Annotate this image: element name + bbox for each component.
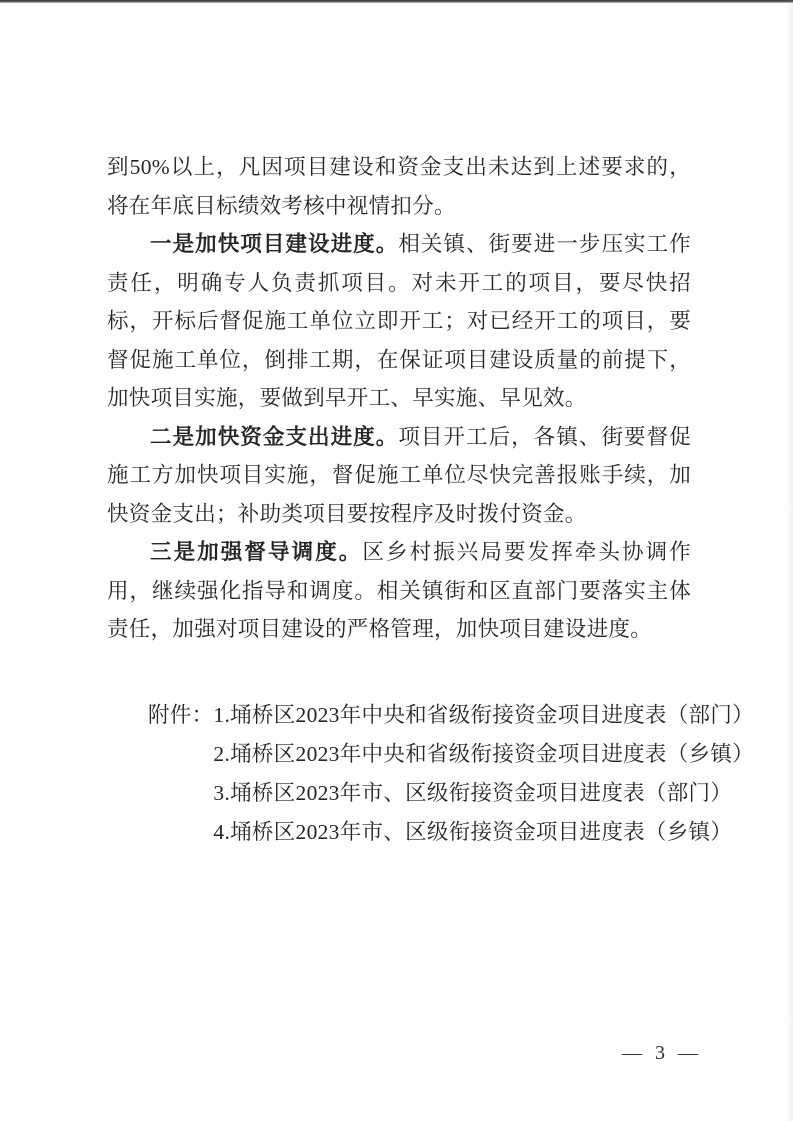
attachments-block: 附件： 1.埇桥区2023年中央和省级衔接资金项目进度表（部门） 2.埇桥区20… [107, 696, 691, 852]
document-body: 到50%以上，凡因项目建设和资金支出未达到上述要求的，将在年底目标绩效考核中视情… [107, 148, 691, 852]
attachment-item: 2.埇桥区2023年中央和省级衔接资金项目进度表（乡镇） [213, 735, 754, 774]
page-number-value: 3 [655, 1042, 665, 1065]
attachment-item: 4.埇桥区2023年市、区级衔接资金项目进度表（乡镇） [213, 813, 754, 852]
scan-edge-top [0, 0, 793, 3]
page-number-right-dash: — [678, 1042, 698, 1065]
attachment-item: 1.埇桥区2023年中央和省级衔接资金项目进度表（部门） [213, 696, 754, 735]
page-number: — 3 — [622, 1042, 698, 1065]
paragraph-lead: 三是加强督导调度。 [150, 540, 362, 564]
paragraph-item-1: 一是加快项目建设进度。相关镇、街要进一步压实工作责任，明确专人负责抓项目。对未开… [107, 225, 691, 418]
attachments-list: 1.埇桥区2023年中央和省级衔接资金项目进度表（部门） 2.埇桥区2023年中… [213, 696, 754, 852]
attachment-item: 3.埇桥区2023年市、区级衔接资金项目进度表（部门） [213, 774, 754, 813]
paragraph-lead: 二是加快资金支出进度。 [150, 425, 398, 449]
paragraph-continuation: 到50%以上，凡因项目建设和资金支出未达到上述要求的，将在年底目标绩效考核中视情… [107, 148, 691, 225]
scan-edge-right [787, 0, 793, 1121]
scanned-document-page: 到50%以上，凡因项目建设和资金支出未达到上述要求的，将在年底目标绩效考核中视情… [0, 0, 793, 1121]
paragraph-text: 到50%以上，凡因项目建设和资金支出未达到上述要求的，将在年底目标绩效考核中视情… [107, 155, 691, 218]
paragraph-item-2: 二是加快资金支出进度。项目开工后，各镇、街要督促施工方加快项目实施，督促施工单位… [107, 418, 691, 534]
paragraph-lead: 一是加快项目建设进度。 [150, 232, 398, 256]
paragraph-text: 相关镇、街要进一步压实工作责任，明确专人负责抓项目。对未开工的项目，要尽快招标，… [107, 232, 691, 410]
page-number-left-dash: — [622, 1042, 642, 1065]
paragraph-item-3: 三是加强督导调度。区乡村振兴局要发挥牵头协调作用，继续强化指导和调度。相关镇街和… [107, 533, 691, 649]
attachments-label: 附件： [148, 696, 213, 735]
